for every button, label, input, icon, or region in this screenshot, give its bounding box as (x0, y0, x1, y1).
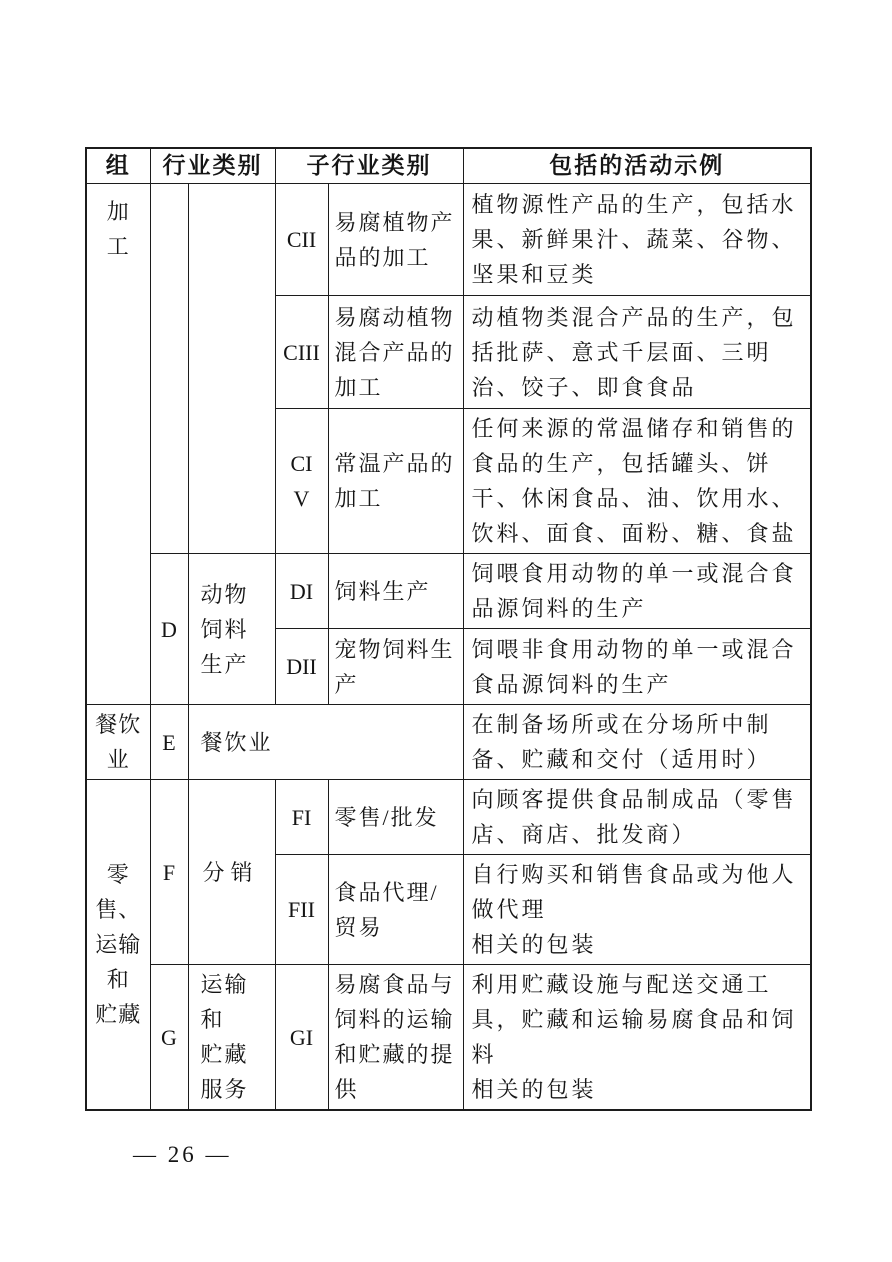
document-page: 组 行业类别 子行业类别 包括的活动示例 加 工 CII 易腐植物产品的加工 植… (0, 0, 892, 1262)
cell-code-fi: FI (275, 780, 328, 855)
group-retail-label: 零 售、 运输 和 贮藏 (95, 862, 141, 1027)
cell-letter-d: D (150, 554, 188, 705)
table-header-row: 组 行业类别 子行业类别 包括的活动示例 (86, 148, 811, 184)
header-sub-industry-label: 子行业类别 (307, 153, 432, 178)
industry-g-label: 运输 和 贮藏 服务 (201, 972, 249, 1102)
sub-cii-label: 易腐植物产品的加工 (335, 210, 455, 270)
sub-di-label: 饲料生产 (335, 579, 431, 604)
example-e-text: 在制备场所或在分场所中制备、贮藏和交付（适用时） (472, 712, 772, 772)
example-gi-text-1: 利用贮藏设施与配送交通工具，贮藏和运输易腐食品和饲料 (472, 967, 807, 1072)
cell-sub-fi: 零售/批发 (328, 780, 463, 855)
cell-example-gi: 利用贮藏设施与配送交通工具，贮藏和运输易腐食品和饲料 相关的包装 (463, 965, 811, 1111)
cell-example-e: 在制备场所或在分场所中制备、贮藏和交付（适用时） (463, 705, 811, 780)
cell-code-cii: CII (275, 184, 328, 296)
cell-example-dii: 饲喂非食用动物的单一或混合食品源饲料的生产 (463, 629, 811, 705)
example-fii-text-1: 自行购买和销售食品或为他人做代理 (472, 857, 807, 927)
cell-letter-e: E (150, 705, 188, 780)
cell-sub-fii: 食品代理/ 贸易 (328, 855, 463, 965)
cell-sub-di: 饲料生产 (328, 554, 463, 629)
cell-example-fi: 向顾客提供食品制成品（零售店、商店、批发商） (463, 780, 811, 855)
table-row-e: 餐饮 业 E 餐饮业 在制备场所或在分场所中制备、贮藏和交付（适用时） (86, 705, 811, 780)
sub-dii-label: 宠物饲料生产 (335, 637, 455, 697)
code-fi-label: FI (292, 805, 312, 830)
code-civ-label: CI V (291, 451, 313, 511)
header-industry-label: 行业类别 (163, 153, 263, 178)
cell-code-fii: FII (275, 855, 328, 965)
letter-e-label: E (162, 730, 175, 755)
cell-industry-c-empty (188, 184, 275, 554)
code-cii-label: CII (287, 227, 316, 252)
sub-ciii-label: 易腐动植物混合产品的加工 (335, 305, 455, 400)
page-number: — 26 — (133, 1142, 232, 1168)
cell-example-civ: 任何来源的常温储存和销售的食品的生产，包括罐头、饼干、休闲食品、油、饮用水、饮料… (463, 409, 811, 554)
cell-sub-dii: 宠物饲料生产 (328, 629, 463, 705)
table-row-gi: G 运输 和 贮藏 服务 GI 易腐食品与饲料的运输和贮藏的提供 利用贮藏设施与… (86, 965, 811, 1111)
sub-civ-label: 常温产品的加工 (335, 451, 455, 511)
cell-group-processing: 加 工 (86, 184, 150, 705)
example-di-text: 饲喂食用动物的单一或混合食品源饲料的生产 (472, 561, 797, 621)
code-gi-label: GI (290, 1025, 313, 1050)
code-fii-label: FII (288, 897, 315, 922)
cell-code-di: DI (275, 554, 328, 629)
industry-e-label: 餐饮业 (201, 730, 273, 755)
header-group: 组 (86, 148, 150, 184)
group-catering-label: 餐饮 业 (95, 712, 141, 772)
group-processing-label: 加 工 (107, 199, 130, 259)
cell-group-catering: 餐饮 业 (86, 705, 150, 780)
example-gi-text-2: 相关的包装 (472, 1072, 807, 1107)
cell-group-retail: 零 售、 运输 和 贮藏 (86, 780, 150, 1111)
cell-industry-e: 餐饮业 (188, 705, 463, 780)
cell-example-fii: 自行购买和销售食品或为他人做代理 相关的包装 (463, 855, 811, 965)
code-di-label: DI (290, 579, 313, 604)
industry-d-label: 动物 饲料 生产 (201, 582, 249, 677)
cell-example-cii: 植物源性产品的生产，包括水果、新鲜果汁、蔬菜、谷物、坚果和豆类 (463, 184, 811, 296)
cell-sub-cii: 易腐植物产品的加工 (328, 184, 463, 296)
cell-letter-g: G (150, 965, 188, 1111)
cell-industry-d: 动物 饲料 生产 (188, 554, 275, 705)
letter-g-label: G (161, 1025, 177, 1050)
letter-f-label: F (163, 860, 175, 885)
code-dii-label: DII (286, 654, 317, 679)
example-cii-text: 植物源性产品的生产，包括水果、新鲜果汁、蔬菜、谷物、坚果和豆类 (472, 192, 797, 287)
header-sub-industry: 子行业类别 (275, 148, 463, 184)
cell-code-dii: DII (275, 629, 328, 705)
cell-code-gi: GI (275, 965, 328, 1111)
cell-example-ciii: 动植物类混合产品的生产，包括批萨、意式千层面、三明治、饺子、即食食品 (463, 296, 811, 409)
example-civ-text: 任何来源的常温储存和销售的食品的生产，包括罐头、饼干、休闲食品、油、饮用水、饮料… (472, 416, 797, 546)
cell-letter-f: F (150, 780, 188, 965)
table-row-di: D 动物 饲料 生产 DI 饲料生产 饲喂食用动物的单一或混合食品源饲料的生产 (86, 554, 811, 629)
letter-d-label: D (161, 617, 177, 642)
example-ciii-text: 动植物类混合产品的生产，包括批萨、意式千层面、三明治、饺子、即食食品 (472, 305, 797, 400)
cell-letter-c-empty (150, 184, 188, 554)
cell-sub-civ: 常温产品的加工 (328, 409, 463, 554)
industry-classification-table: 组 行业类别 子行业类别 包括的活动示例 加 工 CII 易腐植物产品的加工 植… (85, 147, 812, 1111)
industry-f-label: 分销 (202, 860, 258, 885)
cell-sub-gi: 易腐食品与饲料的运输和贮藏的提供 (328, 965, 463, 1111)
cell-code-civ: CI V (275, 409, 328, 554)
header-examples: 包括的活动示例 (463, 148, 811, 184)
header-industry: 行业类别 (150, 148, 275, 184)
cell-sub-ciii: 易腐动植物混合产品的加工 (328, 296, 463, 409)
header-examples-label: 包括的活动示例 (549, 153, 724, 178)
cell-industry-f: 分销 (188, 780, 275, 965)
cell-code-ciii: CIII (275, 296, 328, 409)
sub-fi-label: 零售/批发 (335, 805, 439, 830)
header-group-label: 组 (106, 153, 131, 178)
cell-industry-g: 运输 和 贮藏 服务 (188, 965, 275, 1111)
code-ciii-label: CIII (283, 340, 320, 365)
table-row-fi: 零 售、 运输 和 贮藏 F 分销 FI 零售/批发 向顾客提供食品制成品（零售… (86, 780, 811, 855)
sub-fii-label: 食品代理/ 贸易 (335, 880, 439, 940)
example-fi-text: 向顾客提供食品制成品（零售店、商店、批发商） (472, 787, 797, 847)
sub-gi-label: 易腐食品与饲料的运输和贮藏的提供 (335, 972, 455, 1102)
example-fii-text-2: 相关的包装 (472, 927, 807, 962)
cell-example-di: 饲喂食用动物的单一或混合食品源饲料的生产 (463, 554, 811, 629)
example-dii-text: 饲喂非食用动物的单一或混合食品源饲料的生产 (472, 637, 797, 697)
table-row-cii: 加 工 CII 易腐植物产品的加工 植物源性产品的生产，包括水果、新鲜果汁、蔬菜… (86, 184, 811, 296)
